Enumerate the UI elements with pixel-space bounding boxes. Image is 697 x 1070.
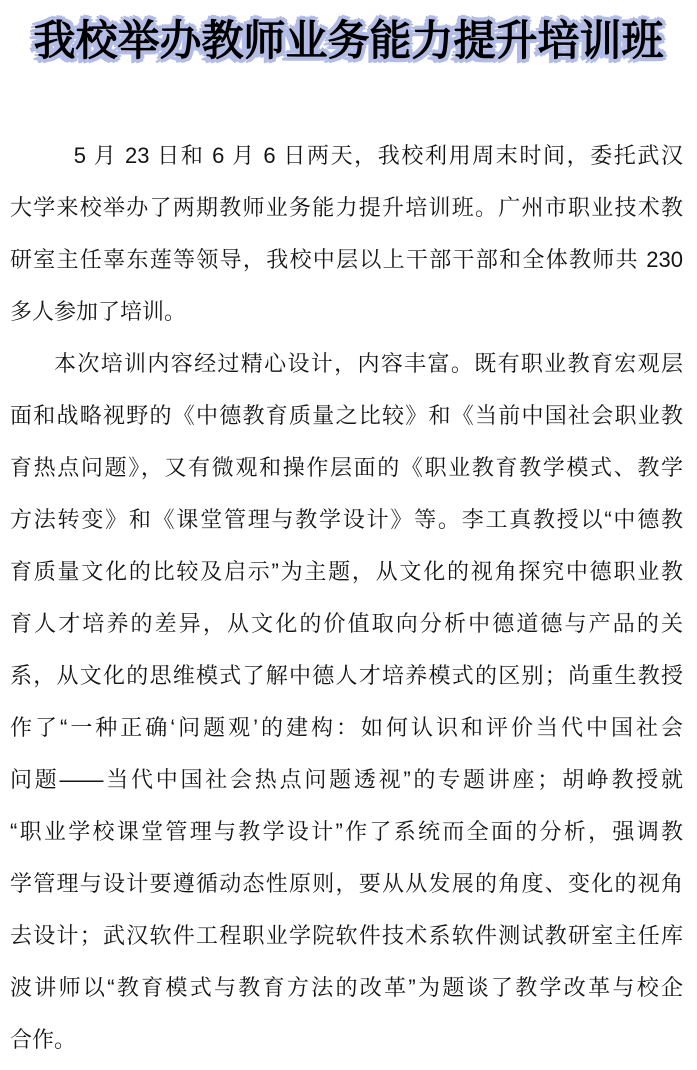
paragraph: 本次培训内容经过精心设计，内容丰富。既有职业教育宏观层面和战略视野的《中德教育质… (10, 338, 683, 1066)
text-line: 去设计；武汉软件工程职业学院软件技术系软件测试教研室主任库 (10, 910, 683, 962)
text-line: 作了“一种正确‘问题观’的建构：如何认识和评价当代中国社会 (10, 702, 683, 754)
document-page: 我校举办教师业务能力提升培训班 5 月 23 日和 6 月 6 日两天，我校利用… (0, 0, 697, 1070)
text-line: 面和战略视野的《中德教育质量之比较》和《当前中国社会职业教 (10, 390, 683, 442)
text-line: 合作。 (10, 1014, 683, 1066)
text-line: 学管理与设计要遵循动态性原则，要从从发展的角度、变化的视角 (10, 858, 683, 910)
text-line: 育热点问题》，又有微观和操作层面的《职业教育教学模式、教学 (10, 442, 683, 494)
text-line: 大学来校举办了两期教师业务能力提升培训班。广州市职业技术教 (10, 182, 683, 234)
text-line: 5 月 23 日和 6 月 6 日两天，我校利用周末时间，委托武汉 (10, 130, 683, 182)
text-line: 方法转变》和《课堂管理与教学设计》等。李工真教授以“中德教 (10, 494, 683, 546)
text-line: 本次培训内容经过精心设计，内容丰富。既有职业教育宏观层 (10, 338, 683, 390)
text-line: 育人才培养的差异，从文化的价值取向分析中德道德与产品的关 (10, 598, 683, 650)
text-line: 育质量文化的比较及启示”为主题，从文化的视角探究中德职业教 (10, 546, 683, 598)
text-line: 问题——当代中国社会热点问题透视”的专题讲座；胡峥教授就 (10, 754, 683, 806)
text-line: 多人参加了培训。 (10, 286, 683, 338)
text-line: 系，从文化的思维模式了解中德人才培养模式的区别；尚重生教授 (10, 650, 683, 702)
article-body: 5 月 23 日和 6 月 6 日两天，我校利用周末时间，委托武汉大学来校举办了… (0, 130, 697, 1066)
text-line: 研室主任辜东莲等领导，我校中层以上干部干部和全体教师共 230 (10, 234, 683, 286)
text-line: “职业学校课堂管理与教学设计”作了系统而全面的分析，强调教 (10, 806, 683, 858)
paragraph: 5 月 23 日和 6 月 6 日两天，我校利用周末时间，委托武汉大学来校举办了… (10, 130, 683, 338)
page-title: 我校举办教师业务能力提升培训班 (0, 12, 697, 70)
text-line: 波讲师以“教育模式与教育方法的改革”为题谈了教学改革与校企 (10, 962, 683, 1014)
